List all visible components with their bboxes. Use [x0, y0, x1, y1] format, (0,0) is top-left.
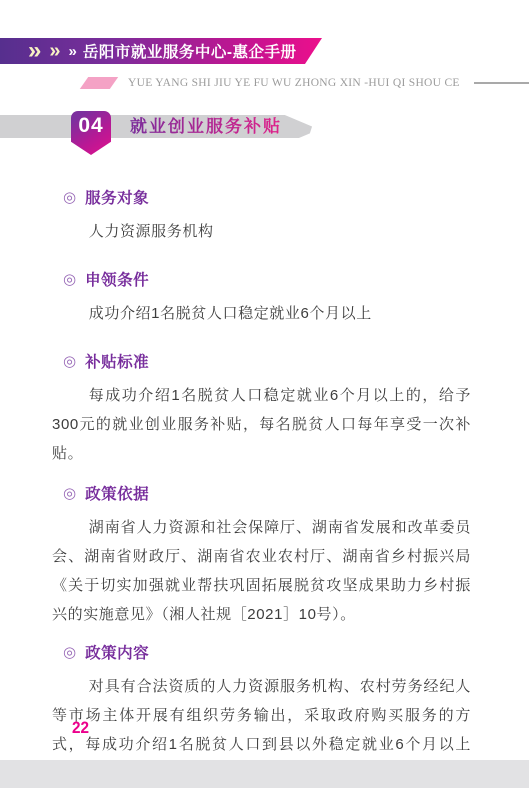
block-paragraph: 每成功介绍1名脱贫人口稳定就业6个月以上的，给予300元的就业创业服务补贴，每名…: [52, 381, 471, 468]
block-service-target: ◎ 服务对象 人力资源服务机构: [52, 186, 471, 246]
subheader: YUE YANG SHI JIU YE FU WU ZHONG XIN -HUI…: [0, 75, 529, 91]
pink-parallelogram-icon: [80, 77, 118, 89]
section-number: 04: [78, 111, 103, 155]
double-circle-bullet-icon: ◎: [63, 486, 76, 501]
chevron-right-icon: »: [28, 39, 41, 63]
block-paragraph: 成功介绍1名脱贫人口稳定就业6个月以上: [52, 299, 471, 328]
double-circle-bullet-icon: ◎: [63, 645, 76, 660]
block-paragraph: 人力资源服务机构: [52, 217, 471, 246]
banner-title: 岳阳市就业服务中心-惠企手册: [83, 40, 297, 62]
chevron-right-icon: »: [49, 41, 60, 61]
chevron-right-icon: »: [68, 44, 76, 59]
section-number-badge: 04: [71, 111, 111, 155]
block-heading-row: ◎ 补贴标准: [63, 350, 471, 372]
block-application-conditions: ◎ 申领条件 成功介绍1名脱贫人口稳定就业6个月以上: [52, 268, 471, 328]
block-heading: 补贴标准: [85, 350, 149, 372]
page-bottom-edge: [0, 760, 529, 788]
block-heading: 政策依据: [85, 482, 149, 504]
block-paragraph: 湖南省人力资源和社会保障厅、湖南省发展和改革委员会、湖南省财政厅、湖南省农业农村…: [52, 513, 471, 629]
block-heading-row: ◎ 服务对象: [63, 186, 471, 208]
section-header: 04 就业创业服务补贴: [0, 111, 313, 157]
block-heading-row: ◎ 申领条件: [63, 268, 471, 290]
block-subsidy-standard: ◎ 补贴标准 每成功介绍1名脱贫人口稳定就业6个月以上的，给予300元的就业创业…: [52, 350, 471, 468]
double-circle-bullet-icon: ◎: [63, 190, 76, 205]
subtitle-pinyin: YUE YANG SHI JIU YE FU WU ZHONG XIN -HUI…: [128, 77, 460, 89]
page-number: 22: [72, 718, 89, 738]
header-banner: » » » 岳阳市就业服务中心-惠企手册: [0, 38, 322, 64]
section-title: 就业创业服务补贴: [130, 115, 282, 138]
handbook-page: » » » 岳阳市就业服务中心-惠企手册 YUE YANG SHI JIU YE…: [0, 0, 529, 793]
block-heading: 政策内容: [85, 641, 149, 663]
content-area: ◎ 服务对象 人力资源服务机构 ◎ 申领条件 成功介绍1名脱贫人口稳定就业6个月…: [52, 186, 471, 788]
double-circle-bullet-icon: ◎: [63, 272, 76, 287]
divider-line: [474, 82, 529, 84]
block-heading: 申领条件: [85, 268, 149, 290]
block-policy-basis: ◎ 政策依据 湖南省人力资源和社会保障厅、湖南省发展和改革委员会、湖南省财政厅、…: [52, 482, 471, 629]
block-heading-row: ◎ 政策内容: [63, 641, 471, 663]
block-heading: 服务对象: [85, 186, 149, 208]
double-circle-bullet-icon: ◎: [63, 354, 76, 369]
block-heading-row: ◎ 政策依据: [63, 482, 471, 504]
